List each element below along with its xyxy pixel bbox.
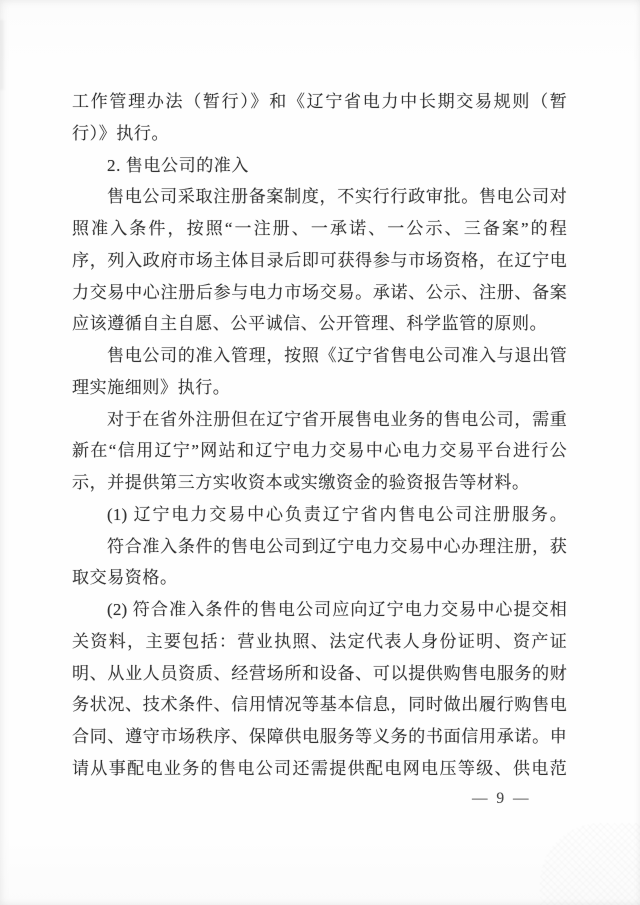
- text-line: 应该遵循自主自愿、公平诚信、公开管理、科学监管的原则。: [72, 308, 567, 340]
- text-line: 理实施细则》执行。: [72, 372, 567, 404]
- text-line: 示，并提供第三方实收资本或实缴资金的验资报告等材料。: [72, 467, 567, 499]
- text-line: 售电公司的准入管理，按照《辽宁省售电公司准入与退出管: [72, 340, 567, 372]
- document-page: 工作管理办法（暂行）》和《辽宁省电力中长期交易规则（暂 行）》执行。 2. 售电…: [0, 0, 640, 905]
- text-line: 工作管理办法（暂行）》和《辽宁省电力中长期交易规则（暂: [72, 86, 567, 118]
- text-line: 请从事配电业务的售电公司还需提供配电网电压等级、供电范: [72, 753, 567, 785]
- page-number: — 9 —: [472, 790, 531, 808]
- text-line: 对于在省外注册但在辽宁省开展售电业务的售电公司，需重: [72, 404, 567, 436]
- scan-texture-artifact: [540, 823, 640, 905]
- text-line: 关资料，主要包括：营业执照、法定代表人身份证明、资产证: [72, 626, 567, 658]
- scan-edge-smudge: [0, 20, 6, 90]
- document-text: 工作管理办法（暂行）》和《辽宁省电力中长期交易规则（暂 行）》执行。 2. 售电…: [72, 86, 567, 785]
- list-item-line: (2) 符合准入条件的售电公司应向辽宁电力交易中心提交相: [72, 594, 567, 626]
- text-line: 行）》执行。: [72, 118, 567, 150]
- text-line: 序，列入政府市场主体目录后即可获得参与市场资格，在辽宁电: [72, 245, 567, 277]
- text-line: 售电公司采取注册备案制度，不实行行政审批。售电公司对: [72, 181, 567, 213]
- text-line: 合同、遵守市场秩序、保障供电服务等义务的书面信用承诺。申: [72, 721, 567, 753]
- text-line: 符合准入条件的售电公司到辽宁电力交易中心办理注册，获: [72, 531, 567, 563]
- list-item-line: (1) 辽宁电力交易中心负责辽宁省内售电公司注册服务。: [72, 499, 567, 531]
- text-line: 力交易中心注册后参与电力市场交易。承诺、公示、注册、备案: [72, 277, 567, 309]
- text-line: 照准入条件，按照“一注册、一承诺、一公示、三备案”的程: [72, 213, 567, 245]
- text-line: 务状况、技术条件、信用情况等基本信息，同时做出履行购售电: [72, 689, 567, 721]
- section-heading: 2. 售电公司的准入: [72, 150, 567, 182]
- text-line: 取交易资格。: [72, 562, 567, 594]
- text-line: 明、从业人员资质、经营场所和设备、可以提供购售电服务的财: [72, 658, 567, 690]
- text-line: 新在“信用辽宁”网站和辽宁电力交易中心电力交易平台进行公: [72, 435, 567, 467]
